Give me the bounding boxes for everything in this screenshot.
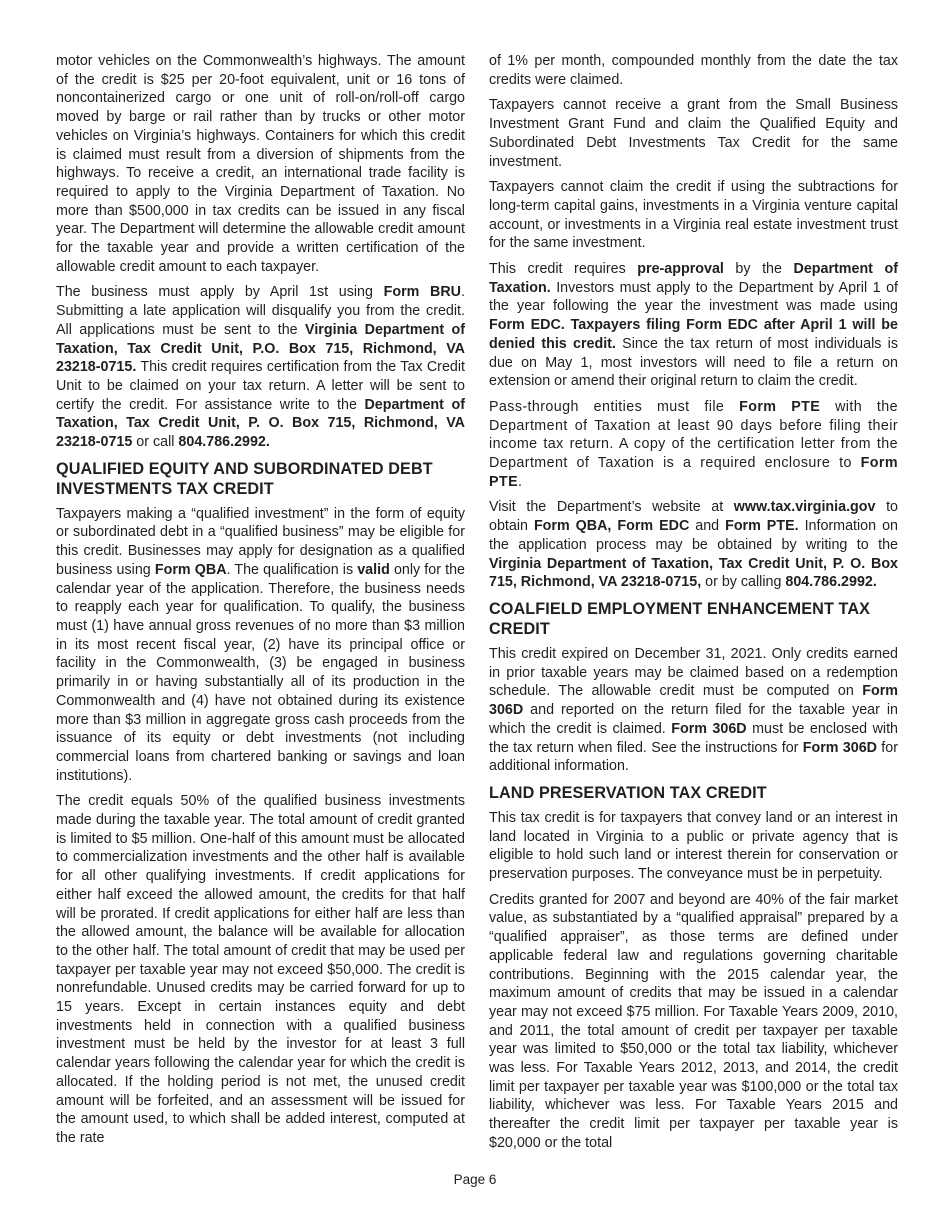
valid-emphasis: valid <box>357 562 390 578</box>
paragraph-land-conveyance: This tax credit is for taxpayers that co… <box>489 809 898 884</box>
paragraph-credit-equals: The credit equals 50% of the qualified b… <box>56 792 465 1147</box>
left-column: motor vehicles on the Commonwealth’s hig… <box>56 52 465 1155</box>
form-qba-reference: Form QBA <box>155 562 227 578</box>
website-link[interactable]: www.tax.virginia.gov <box>734 499 876 515</box>
paragraph-coalfield-expired: This credit expired on December 31, 2021… <box>489 645 898 776</box>
section-heading-qualified-equity: QUALIFIED EQUITY AND SUBORDINATED DEBT I… <box>56 459 465 499</box>
paragraph-pass-through: Pass-through entities must file Form PTE… <box>489 398 898 492</box>
paragraph-qualified-business: Taxpayers making a “qualified investment… <box>56 505 465 786</box>
paragraph-website: Visit the Department’s website at www.ta… <box>489 498 898 592</box>
section-heading-land-preservation: LAND PRESERVATION TAX CREDIT <box>489 783 898 803</box>
paragraph-grant-fund: Taxpayers cannot receive a grant from th… <box>489 96 898 171</box>
paragraph-pre-approval: This credit requires pre-approval by the… <box>489 260 898 391</box>
paragraph-application-instructions: The business must apply by April 1st usi… <box>56 283 465 451</box>
paragraph-credits-granted: Credits granted for 2007 and beyond are … <box>489 891 898 1153</box>
paragraph-interest-rate: of 1% per month, compounded monthly from… <box>489 52 898 89</box>
phone-number: 804.786.2992. <box>178 434 269 450</box>
paragraph-subtractions: Taxpayers cannot claim the credit if usi… <box>489 178 898 253</box>
page-number: Page 6 <box>0 1172 950 1187</box>
paragraph-port-credit-amount: motor vehicles on the Commonwealth’s hig… <box>56 52 465 276</box>
form-bru-reference: Form BRU <box>384 284 461 300</box>
phone-number: 804.786.2992. <box>785 574 876 590</box>
section-heading-coalfield: COALFIELD EMPLOYMENT ENHANCEMENT TAX CRE… <box>489 599 898 639</box>
right-column: of 1% per month, compounded monthly from… <box>489 52 898 1160</box>
